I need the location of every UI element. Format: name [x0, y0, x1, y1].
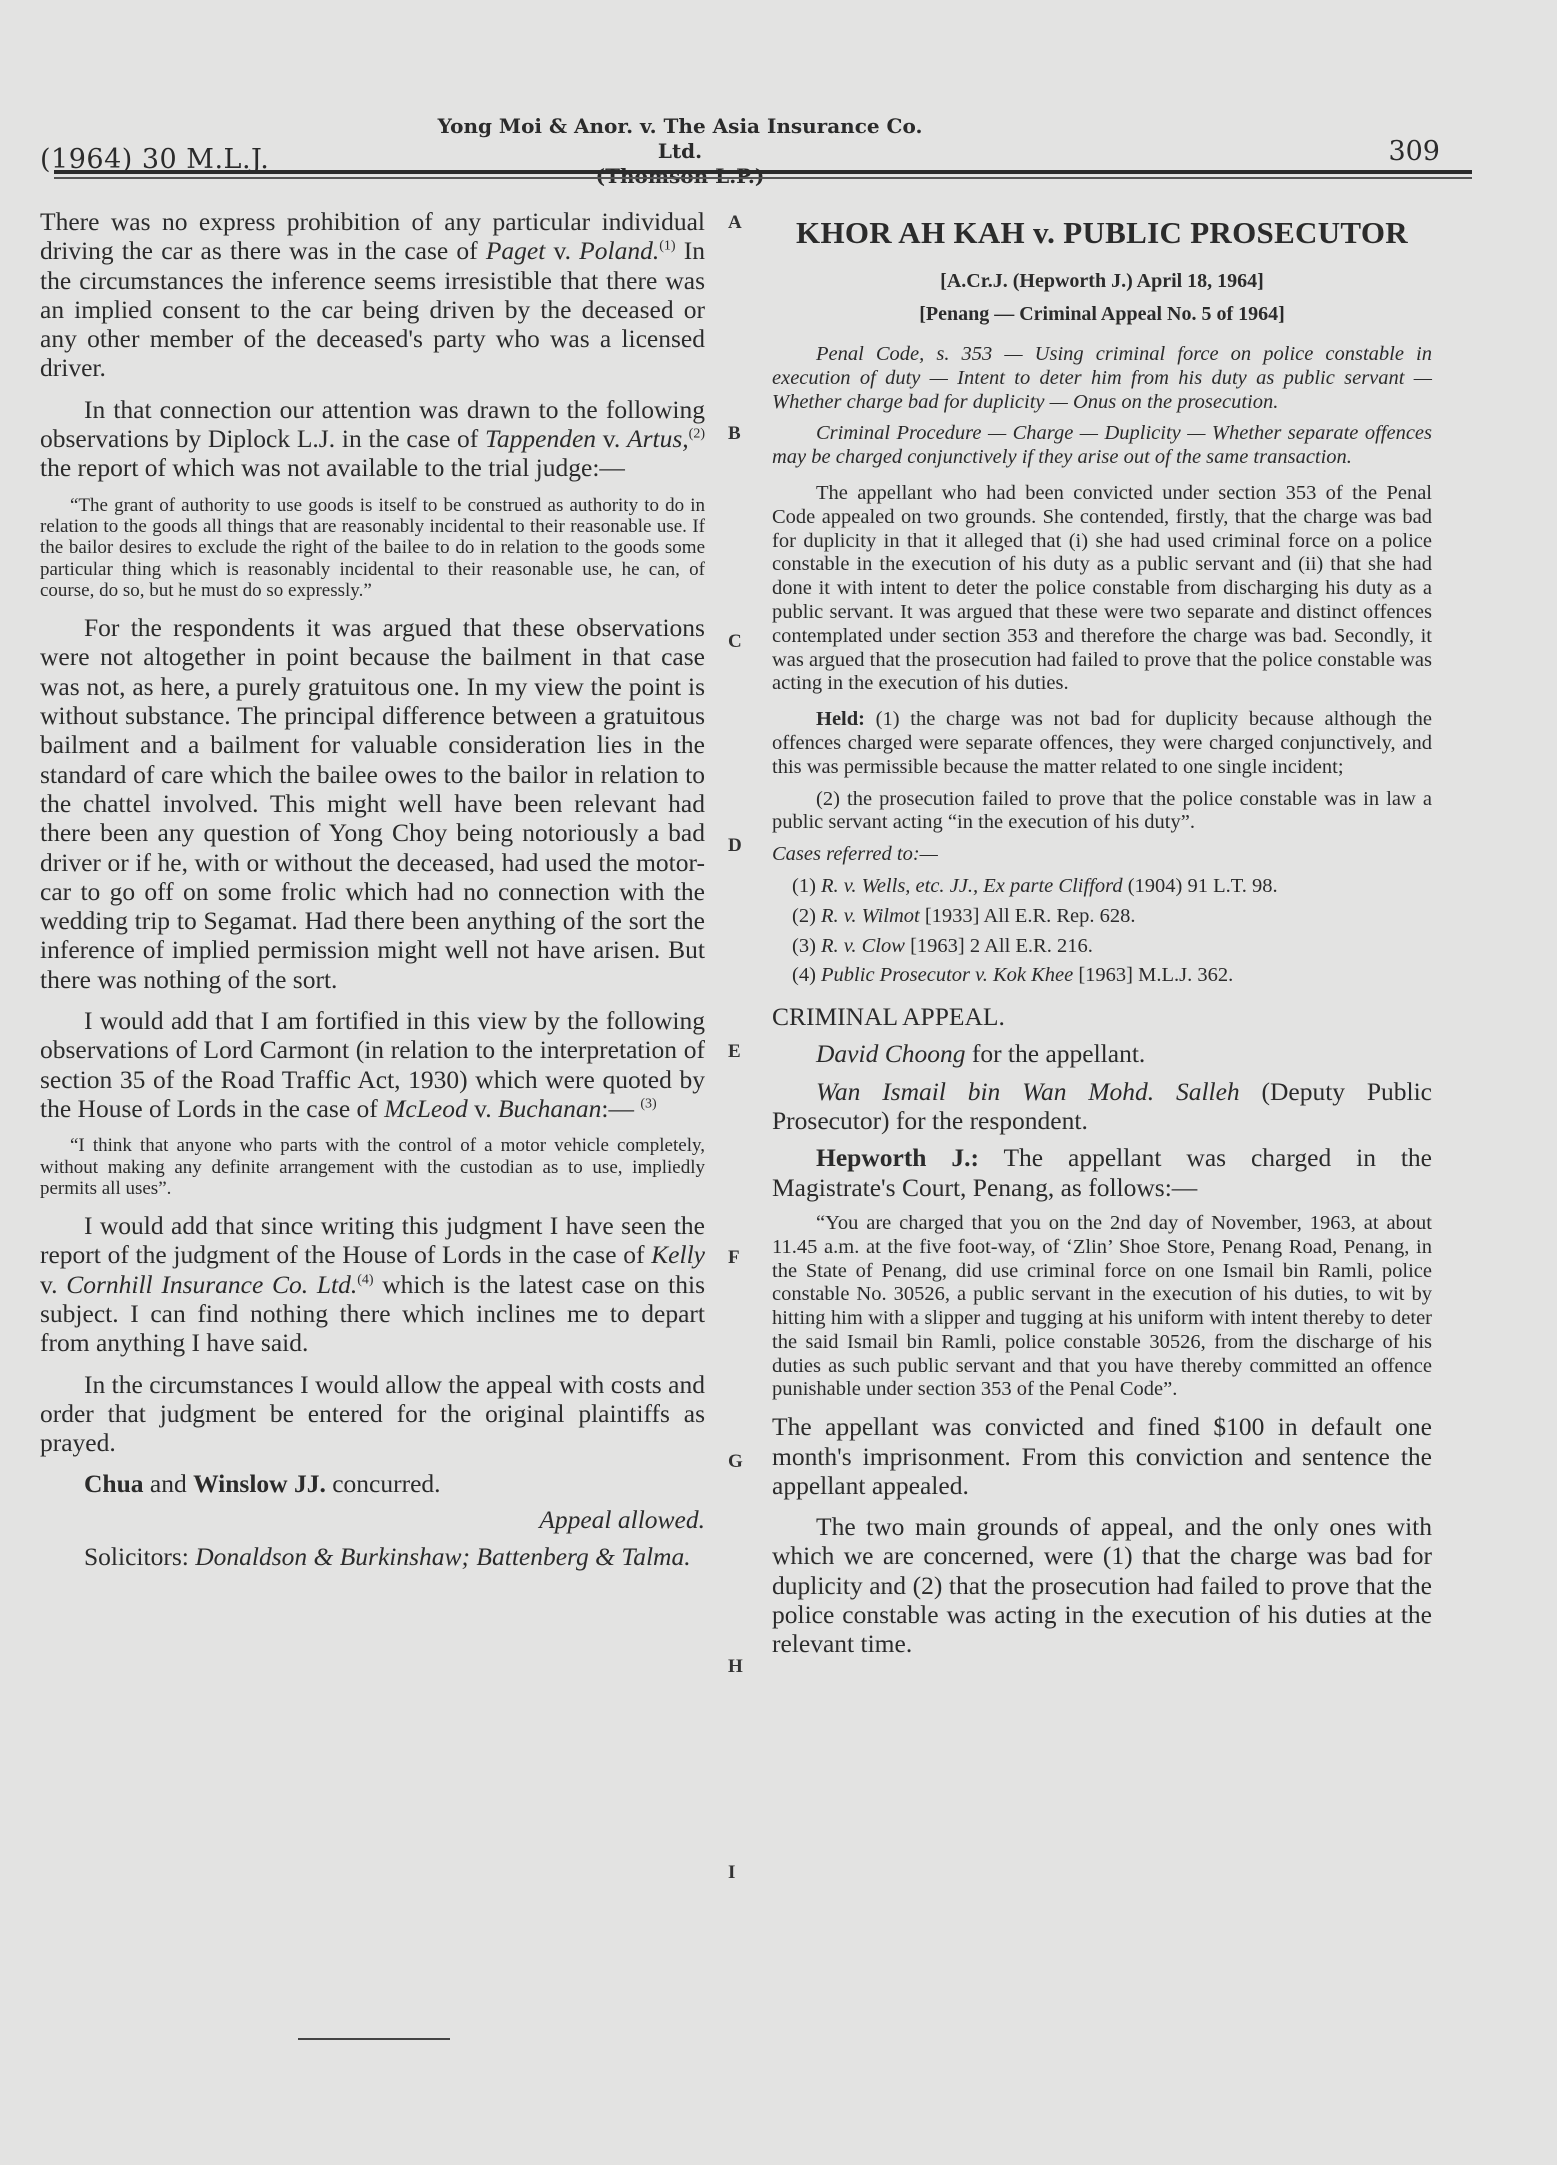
catchwords: Criminal Procedure — Charge — Duplicity … — [772, 422, 1432, 470]
held: Held: (1) the charge was not bad for dup… — [772, 708, 1432, 779]
cases-list: (1) R. v. Wells, etc. JJ., Ex parte Clif… — [772, 875, 1432, 988]
margin-letter: D — [728, 835, 742, 857]
headnote: The appellant who had been convicted und… — [772, 482, 1432, 696]
end-rule — [298, 2038, 450, 2040]
court-line: [A.Cr.J. (Hepworth J.) April 18, 1964] — [772, 265, 1432, 298]
catchwords: Penal Code, s. 353 — Using criminal forc… — [772, 343, 1432, 414]
header-rule-thin — [54, 177, 1472, 179]
solicitors: Solicitors: Donaldson & Burkinshaw; Batt… — [40, 1542, 705, 1571]
judgment-intro: Hepworth J.: The appellant was charged i… — [772, 1143, 1432, 1202]
paragraph: The appellant was convicted and fined $1… — [772, 1412, 1432, 1500]
case-item: (2) R. v. Wilmot [1933] All E.R. Rep. 62… — [772, 905, 1432, 929]
margin-letter: F — [728, 1247, 740, 1269]
paragraph: I would add that I am fortified in this … — [40, 1006, 705, 1123]
case-name: Paget — [486, 236, 545, 265]
counsel: David Choong for the appellant. — [772, 1039, 1432, 1068]
section-heading: CRIMINAL APPEAL. — [772, 1002, 1432, 1031]
margin-letter: A — [728, 212, 742, 234]
page-number: 309 — [1388, 136, 1440, 167]
margin-letter: E — [728, 1041, 741, 1063]
case-item: (1) R. v. Wells, etc. JJ., Ex parte Clif… — [772, 875, 1432, 899]
block-quote: “I think that anyone who parts with the … — [40, 1135, 705, 1199]
page-header: (1964) 30 M.L.J. Yong Moi & Anor. v. The… — [40, 100, 1440, 190]
margin-letter: G — [728, 1451, 743, 1473]
footnote-ref: (2) — [689, 427, 705, 442]
case-name: Poland. — [579, 236, 659, 265]
left-column: There was no express prohibition of any … — [40, 207, 705, 1571]
margin-letter: C — [728, 631, 742, 653]
case-item: (3) R. v. Clow [1963] 2 All E.R. 216. — [772, 935, 1432, 959]
counsel: Wan Ismail bin Wan Mohd. Salleh (Deputy … — [772, 1077, 1432, 1136]
case-name: Tappenden — [485, 424, 596, 453]
paragraph: In that connection our attention was dra… — [40, 395, 705, 483]
concurrence: Chua and Winslow JJ. concurred. — [40, 1469, 705, 1498]
margin-letter: H — [728, 1656, 743, 1678]
case-name: Kelly — [651, 1240, 705, 1269]
block-quote: “The grant of authority to use goods is … — [40, 495, 705, 601]
case-name: Artus, — [627, 424, 689, 453]
appeal-line: [Penang — Criminal Appeal No. 5 of 1964] — [772, 298, 1432, 331]
header-rule-thick — [54, 170, 1472, 174]
case-name: Buchanan — [498, 1094, 601, 1123]
case-item: (4) Public Prosecutor v. Kok Khee [1963]… — [772, 964, 1432, 988]
paragraph: For the respondents it was argued that t… — [40, 613, 705, 994]
charge-quote: “You are charged that you on the 2nd day… — [772, 1212, 1432, 1402]
paragraph: The two main grounds of appeal, and the … — [772, 1512, 1432, 1658]
case-name: McLeod — [384, 1094, 468, 1123]
paragraph: In the circumstances I would allow the a… — [40, 1370, 705, 1458]
result: Appeal allowed. — [40, 1505, 705, 1534]
right-column: KHOR AH KAH v. PUBLIC PROSECUTOR [A.Cr.J… — [772, 207, 1432, 1659]
case-name: Cornhill Insurance Co. Ltd. — [66, 1270, 357, 1299]
footnote-ref: (4) — [357, 1272, 373, 1287]
paragraph: I would add that since writing this judg… — [40, 1211, 705, 1357]
cases-label: Cases referred to:— — [772, 843, 1432, 867]
margin-letter: B — [728, 423, 741, 445]
held: (2) the prosecution failed to prove that… — [772, 788, 1432, 836]
paragraph: There was no express prohibition of any … — [40, 207, 705, 383]
case-title: KHOR AH KAH v. PUBLIC PROSECUTOR — [772, 215, 1432, 251]
margin-letter: I — [728, 1862, 735, 1884]
footnote-ref: (3) — [640, 1096, 656, 1111]
footnote-ref: (1) — [659, 239, 675, 254]
